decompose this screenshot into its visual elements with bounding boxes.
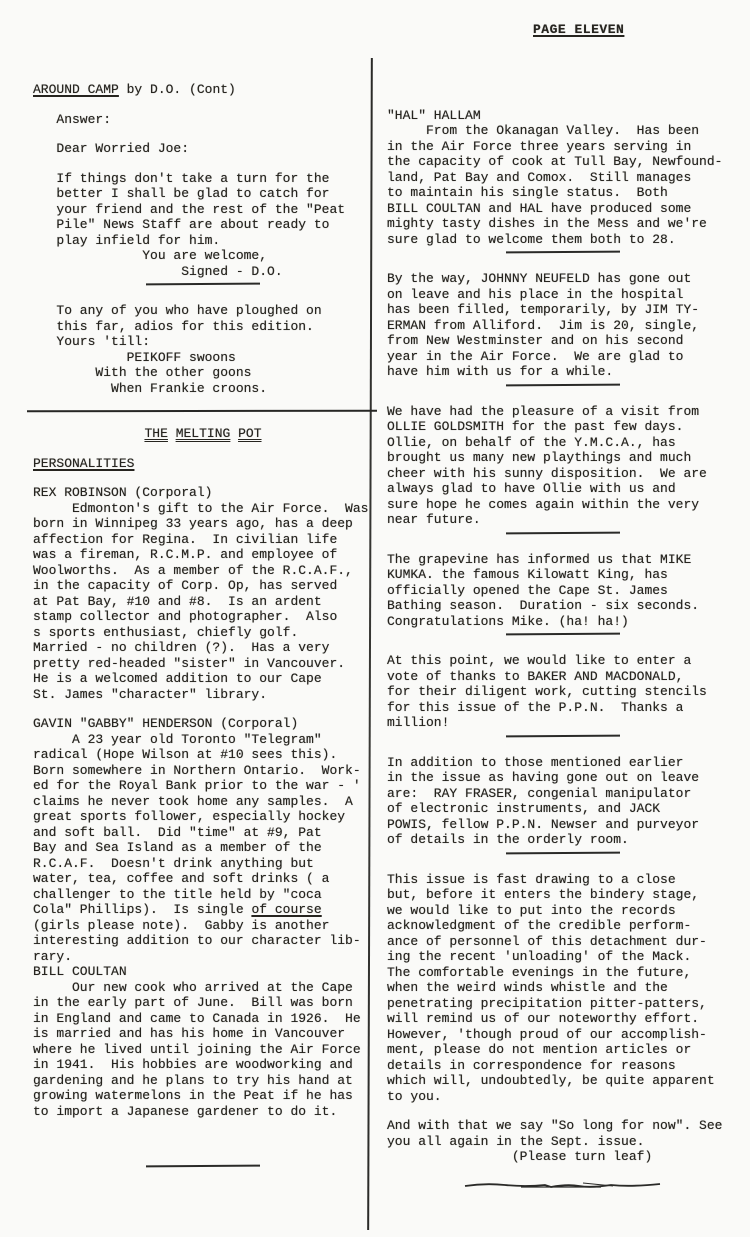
text-line: in the early part of June. Bill was born [33,995,373,1011]
text-line: interesting addition to our character li… [33,933,373,949]
document-page: AROUND CAMP by D.O. (Cont) Answer: Dear … [0,0,750,1237]
text-line: KUMKA. the famous Kilowatt King, has [387,567,739,583]
text-line: OLLIE GOLDSMITH for the past few days. [387,419,739,435]
text-line: Congratulations Mike. (ha! ha!) [387,614,739,630]
divider-line-icon [506,734,620,737]
text-line: Married - no children (?). Has a very [33,640,373,656]
text-line: from New Westminster and on his second [387,333,739,349]
text-line: And with that we say "So long for now". … [387,1118,739,1134]
text-segment [168,426,176,441]
text-line: He is a welcomed addition to our Cape [33,671,373,687]
page-number-header: PAGE ELEVEN [533,22,739,38]
section-divider [387,848,739,858]
text-line: Signed - D.O. [33,264,373,280]
text-line: This issue is fast drawing to a close [387,872,739,888]
text-line: However, 'though proud of our accomplish… [387,1027,739,1043]
text-line: has been filled, temporarily, by JIM TY- [387,302,739,318]
text-line: Woolworths. As a member of the R.C.A.F., [33,563,373,579]
paragraph: AROUND CAMP by D.O. (Cont) [33,82,373,98]
text-line: to you. [387,1089,739,1105]
text-segment: Cola" Phillips). Is single [33,902,251,917]
paragraph: PERSONALITIES [33,456,373,472]
text-line: but, before it enters the bindery stage, [387,887,739,903]
underlined-text: of course [251,902,321,917]
paragraph: "HAL" HALLAM From the Okanagan Valley. H… [387,108,739,248]
text-line: brought us many new playthings and much [387,450,739,466]
right-column: PAGE ELEVEN"HAL" HALLAM From the Okanaga… [387,22,739,1191]
text-line: (Please turn leaf) [387,1149,739,1165]
paragraph: By the way, JOHNNY NEUFELD has gone outo… [387,271,739,380]
underlined-text: PERSONALITIES [33,456,134,471]
text-line: acknowledgment of the credible perform- [387,918,739,934]
section-divider [387,380,739,390]
paragraph: THE MELTING POT [33,426,373,442]
text-line: land, Pat Bay and Comox. Still manages [387,170,739,186]
text-line: Edmonton's gift to the Air Force. Was [33,501,373,517]
text-line: to import a Japanese gardener to do it. [33,1104,373,1120]
text-line: for their diligent work, cutting stencil… [387,684,739,700]
text-line: Bathing season. Duration - six seconds. [387,598,739,614]
paragraph: BILL COULTAN Our new cook who arrived at… [33,964,373,1119]
text-line: To any of you who have ploughed on [33,303,373,319]
text-line: mighty tasty dishes in the Mess and we'r… [387,216,739,232]
underlined-text: THE [144,426,167,441]
text-line: ERMAN from Alliford. Jim is 20, single, [387,318,739,334]
text-line: which will, undoubtedly, be quite appare… [387,1073,739,1089]
text-line: vote of thanks to BAKER AND MACDONALD, [387,669,739,685]
paragraph: Dear Worried Joe: [33,141,373,157]
divider-line-icon [506,531,620,534]
text-line: Cola" Phillips). Is single of course [33,902,373,918]
underlined-text: PAGE ELEVEN [533,22,624,37]
text-line: growing watermelons in the Peat if he ha… [33,1088,373,1104]
text-line: By the way, JOHNNY NEUFELD has gone out [387,271,739,287]
text-line: for this issue of the P.P.N. Thanks a [387,700,739,716]
text-line: the capacity of cook at Tull Bay, Newfou… [387,154,739,170]
text-line: details in correspondence for reasons [387,1058,739,1074]
paragraph: The grapevine has informed us that MIKEK… [387,552,739,630]
text-line: Pile" News Staff are about ready to [33,217,373,233]
end-flourish-icon [387,1179,739,1191]
text-line: stamp collector and photographer. Also [33,609,373,625]
text-line: pretty red-headed "sister" in Vancouver. [33,656,373,672]
text-line: was a fireman, R.C.M.P. and employee of [33,547,373,563]
text-line: The grapevine has informed us that MIKE [387,552,739,568]
text-line: in the issue as having gone out on leave [387,770,739,786]
text-line: ed for the Royal Bank prior to the war -… [33,778,373,794]
paragraph: If things don't take a turn for the bett… [33,171,373,280]
text-line: better I shall be glad to catch for [33,186,373,202]
text-line: challenger to the title held by "coca [33,887,373,903]
text-line: sure glad to welcome them both to 28. [387,232,739,248]
text-line: THE MELTING POT [33,426,373,442]
text-line: play infield for him. [33,233,373,249]
text-line: When Frankie croons. [33,381,373,397]
paragraph: In addition to those mentioned earlierin… [387,755,739,848]
text-line: St. James "character" library. [33,687,373,703]
text-line: where he lived until joining the Air For… [33,1042,373,1058]
text-line: s sports enthusiast, chiefly golf. [33,625,373,641]
text-line: claims he never took home any samples. A [33,794,373,810]
text-line: in 1941. His hobbies are woodworking and [33,1057,373,1073]
text-line: your friend and the rest of the "Peat [33,202,373,218]
text-line: ing the recent 'unloading' of the Mack. [387,949,739,965]
text-line: GAVIN "GABBY" HENDERSON (Corporal) [33,716,373,732]
text-line: of electronic instruments, and JACK [387,801,739,817]
text-line: on leave and his place in the hospital [387,287,739,303]
divider-line-icon [146,1165,260,1168]
text-line: BILL COULTAN and HAL have produced some [387,201,739,217]
paragraph: And with that we say "So long for now". … [387,1118,739,1165]
text-line: Ollie, on behalf of the Y.M.C.A., has [387,435,739,451]
text-line: radical (Hope Wilson at #10 sees this). [33,747,373,763]
text-line: "HAL" HALLAM [387,108,739,124]
text-line: is married and has his home in Vancouver [33,1026,373,1042]
column-rule [27,410,377,413]
divider-line-icon [146,283,260,286]
text-line: at Pat Bay, #10 and #8. Is an ardent [33,594,373,610]
left-column: AROUND CAMP by D.O. (Cont) Answer: Dear … [33,82,373,1171]
divider-line-icon [506,383,620,386]
underlined-text: MELTING [176,426,231,441]
text-line: REX ROBINSON (Corporal) [33,485,373,501]
text-line: always glad to have Ollie with us and [387,481,739,497]
text-line: BILL COULTAN [33,964,373,980]
text-line: POWIS, fellow P.P.N. Newser and purveyor [387,817,739,833]
section-divider [387,528,739,538]
text-line: when the weird winds whistle and the [387,980,739,996]
text-line: Answer: [33,112,373,128]
section-divider [33,279,373,289]
text-line: year in the Air Force. We are glad to [387,349,739,365]
text-line: in England and came to Canada in 1926. H… [33,1011,373,1027]
paragraph: GAVIN "GABBY" HENDERSON (Corporal) A 23 … [33,716,373,964]
divider-line-icon [506,851,620,854]
section-divider [387,731,739,741]
text-line: great sports follower, especially hockey [33,809,373,825]
section-divider [33,1161,373,1171]
text-line: PEIKOFF swoons [33,350,373,366]
text-line: in the Air Force three years serving in [387,139,739,155]
text-line: Our new cook who arrived at the Cape [33,980,373,996]
text-line: water, tea, coffee and soft drinks ( a [33,871,373,887]
text-line: With the other goons [33,365,373,381]
text-line: rary. [33,949,373,965]
divider-line-icon [506,633,620,636]
paragraph: This issue is fast drawing to a closebut… [387,872,739,1105]
text-line: ance of personnel of this detachment dur… [387,934,739,950]
text-line: penetrating precipitation pitter-patters… [387,996,739,1012]
text-line: If things don't take a turn for the [33,171,373,187]
paragraph: We have had the pleasure of a visit from… [387,404,739,528]
text-line: and soft ball. Did "time" at #9, Pat [33,825,373,841]
text-segment: by D.O. (Cont) [119,82,236,97]
text-line: cheer with his sunny disposition. We are [387,466,739,482]
text-line: (girls please note). Gabby is another [33,918,373,934]
text-line: million! [387,715,739,731]
text-line: we would like to put into the records [387,903,739,919]
text-line: born in Winnipeg 33 years ago, has a dee… [33,516,373,532]
text-line: of details in the orderly room. [387,832,739,848]
text-line: A 23 year old Toronto "Telegram" [33,732,373,748]
text-line: near future. [387,512,739,528]
text-line: Dear Worried Joe: [33,141,373,157]
paragraph: At this point, we would like to enter av… [387,653,739,731]
text-line: AROUND CAMP by D.O. (Cont) [33,82,373,98]
text-line: You are welcome, [33,248,373,264]
paragraph: REX ROBINSON (Corporal) Edmonton's gift … [33,485,373,702]
text-line: affection for Regina. In civilian life [33,532,373,548]
text-line: Born somewhere in Northern Ontario. Work… [33,763,373,779]
text-line: The comfortable evenings in the future, [387,965,739,981]
text-line: We have had the pleasure of a visit from [387,404,739,420]
text-line: R.C.A.F. Doesn't drink anything but [33,856,373,872]
text-line: to maintain his single status. Both [387,185,739,201]
text-line: Yours 'till: [33,334,373,350]
paragraph: To any of you who have ploughed on this … [33,303,373,396]
text-line: At this point, we would like to enter a [387,653,739,669]
underlined-text: AROUND CAMP [33,82,119,97]
underlined-text: POT [238,426,261,441]
text-line: From the Okanagan Valley. Has been [387,123,739,139]
text-line: in the capacity of Corp. Op, has served [33,578,373,594]
text-line: PAGE ELEVEN [533,22,739,38]
section-divider [387,247,739,257]
paragraph: Answer: [33,112,373,128]
text-line: have him with us for a while. [387,364,739,380]
text-line: will remind us of our noteworthy effort. [387,1011,739,1027]
text-line: gardening and he plans to try his hand a… [33,1073,373,1089]
text-segment [230,426,238,441]
text-line: this far, adios for this edition. [33,319,373,335]
text-line: PERSONALITIES [33,456,373,472]
divider-line-icon [506,251,620,254]
text-line: Bay and Sea Island as a member of the [33,840,373,856]
text-line: In addition to those mentioned earlier [387,755,739,771]
text-line: ment, please do not mention articles or [387,1042,739,1058]
text-line: you all again in the Sept. issue. [387,1134,739,1150]
text-line: are: RAY FRASER, congenial manipulator [387,786,739,802]
section-divider [387,629,739,639]
text-line: officially opened the Cape St. James [387,583,739,599]
text-line: sure hope he comes again within the very [387,497,739,513]
